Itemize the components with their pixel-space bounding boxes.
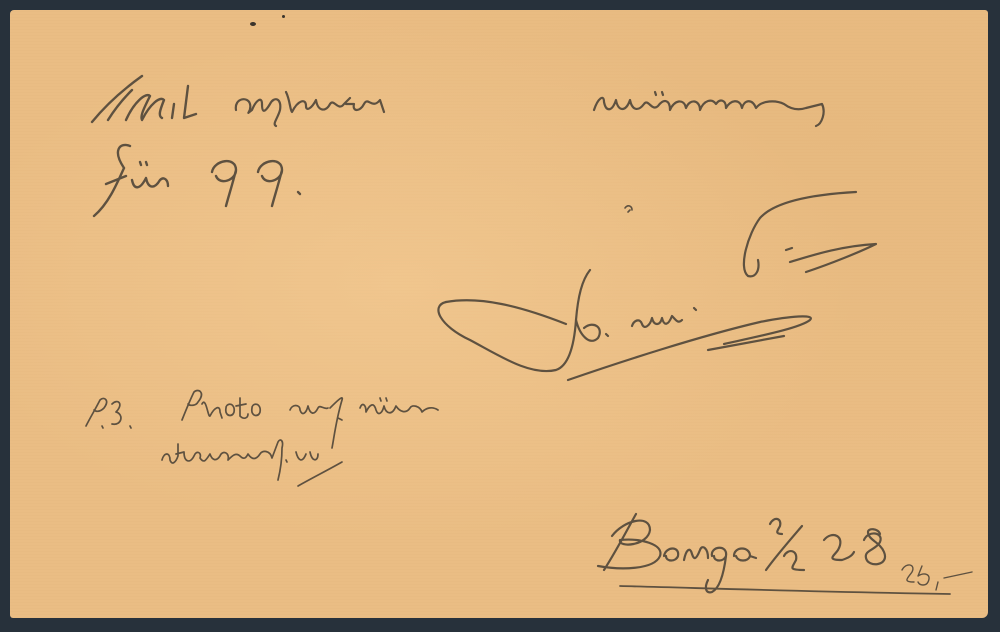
handwriting-fur-99 [94, 145, 300, 216]
pencil-note-strokes [902, 565, 972, 590]
pencil-mark [625, 206, 632, 212]
handwriting-den-besten [236, 92, 384, 126]
handwriting-strokes [0, 0, 1000, 632]
handwriting-dateline [598, 514, 950, 594]
handwriting-signature [438, 192, 876, 380]
handwriting-wunschen [594, 92, 824, 126]
handwriting-postscript [86, 390, 438, 486]
handwriting-mit [92, 76, 196, 122]
